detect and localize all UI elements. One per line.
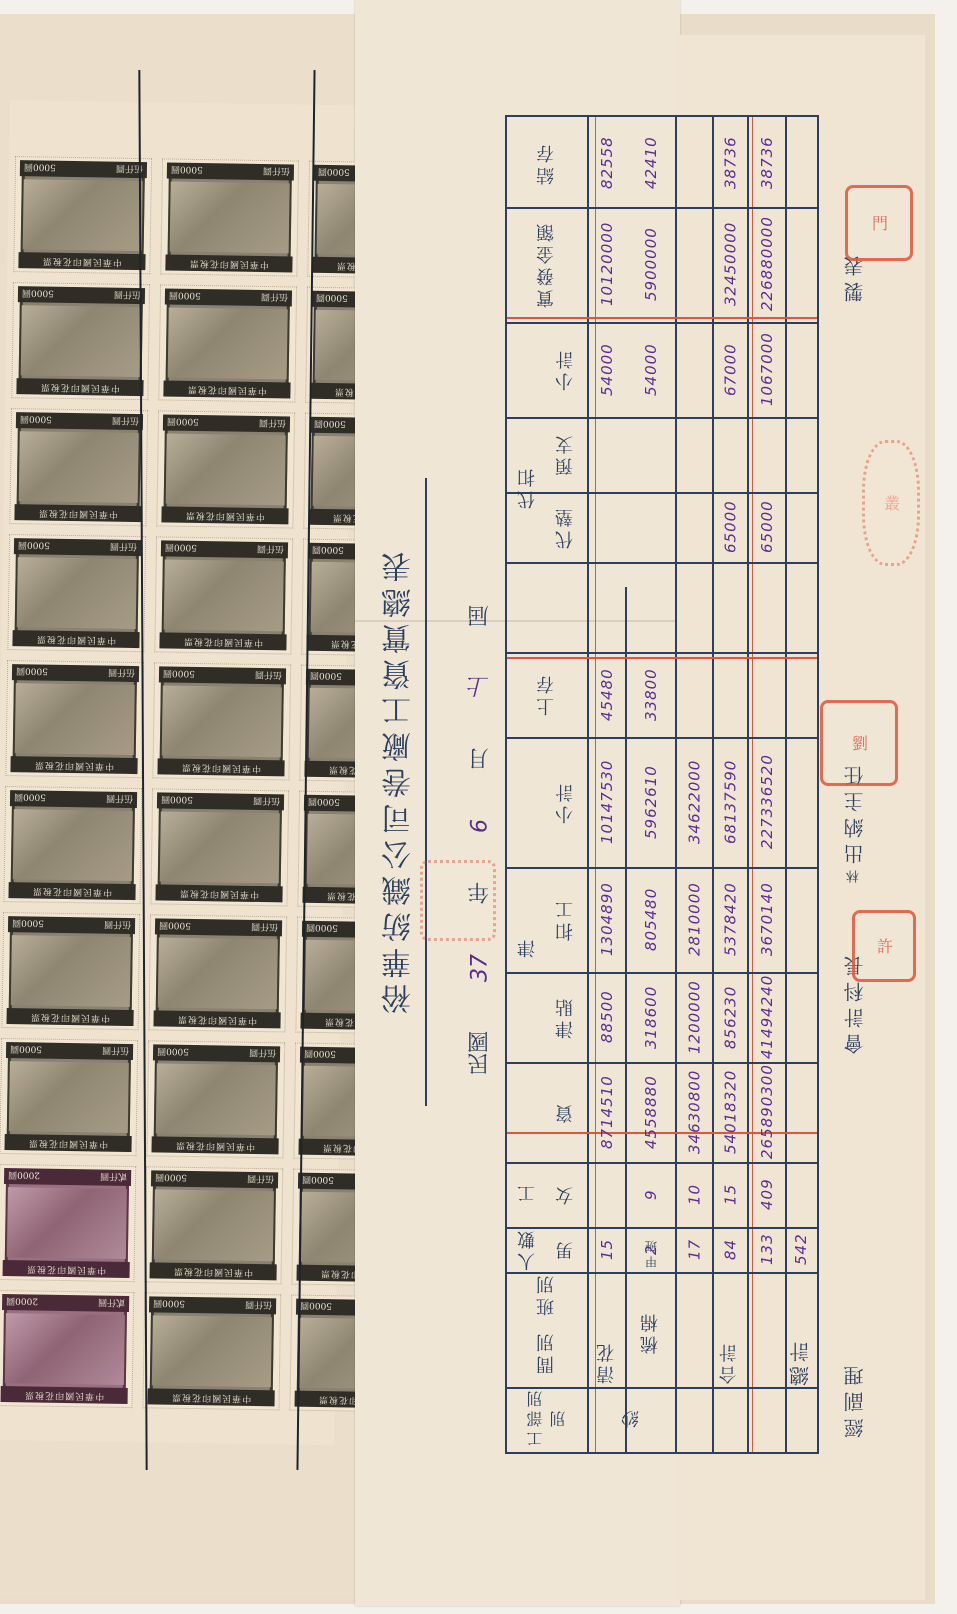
- date-era: 民國: [465, 1031, 496, 1075]
- stamp-denomination: 貳仟圓2000圓: [4, 1168, 131, 1186]
- cell-balance: 38736: [749, 119, 785, 207]
- cell-male: 2: [627, 1227, 675, 1272]
- red-seal-stamp: 門: [845, 185, 913, 261]
- cell-male: 15: [589, 1227, 625, 1272]
- signature-deputy-manager: 經副理: [840, 1360, 869, 1438]
- stamp-machinery-illustration: [15, 683, 135, 755]
- stamp-machinery-illustration: [154, 1189, 274, 1261]
- date-month-unit: 月: [465, 748, 496, 770]
- cell-wage: 54018320: [714, 1062, 747, 1162]
- stamp-value: 5000圓: [314, 418, 346, 431]
- cell-deduct-subtotal: 54000: [589, 322, 625, 417]
- cell-deduct-work: 805480: [627, 867, 675, 972]
- stamp-value: 5000圓: [20, 414, 52, 427]
- cell-subtotal: 34622000: [677, 737, 712, 867]
- stamp-value-cn: 貳仟圓: [98, 1297, 125, 1310]
- revenue-stamp-5000: 伍仟圓5000圓中華民國印花稅票: [156, 410, 295, 528]
- revenue-stamp-5000: 伍仟圓5000圓中華民國印花稅票: [146, 1040, 285, 1158]
- revenue-stamp-block: 伍仟圓5000圓中華民國印花稅票伍仟圓5000圓中華民國印花稅票伍仟圓5000圓…: [0, 100, 355, 1445]
- stamp-value-cn: 伍仟圓: [253, 795, 280, 808]
- cell-actual-paid: 5900000: [627, 209, 675, 319]
- stamp-machinery-illustration: [7, 1187, 127, 1259]
- stamp-value-cn: 伍仟圓: [114, 289, 141, 302]
- stamp-denomination: 伍仟圓5000圓: [16, 412, 143, 430]
- cell-deduct-work: 3670140: [749, 867, 785, 972]
- stamp-value: 5000圓: [165, 542, 197, 555]
- stamp-value: 5000圓: [155, 1172, 187, 1185]
- stamp-machinery-illustration: [162, 685, 282, 757]
- stamp-inscription: 中華民國印花稅票: [5, 1134, 132, 1152]
- stamp-denomination: 貳仟圓2000圓: [2, 1294, 129, 1312]
- cell-deduct-subtotal: 67000: [714, 322, 747, 417]
- revenue-stamp-5000: 伍仟圓5000圓中華民國印花稅票: [150, 788, 289, 906]
- stamp-inscription: 中華民國印花稅票: [18, 252, 145, 270]
- stamp-value: 5000圓: [24, 162, 56, 175]
- stamp-machinery-illustration: [9, 1061, 129, 1133]
- stamp-value: 2000圓: [8, 1170, 40, 1183]
- stamp-value: 5000圓: [10, 1044, 42, 1057]
- header-male: 男: [547, 1227, 585, 1272]
- stamp-value: 5000圓: [157, 1046, 189, 1059]
- stamp-value: 5000圓: [308, 796, 340, 809]
- stamp-value-cn: 伍仟圓: [102, 1045, 129, 1058]
- revenue-stamp-5000: 伍仟圓5000圓中華民國印花稅票: [5, 660, 144, 778]
- revenue-stamp-5000: 伍仟圓5000圓中華民國印花稅票: [142, 1292, 281, 1410]
- date-period-unit: 屆: [465, 605, 496, 627]
- stamp-denomination: 伍仟圓5000圓: [20, 160, 147, 178]
- stamp-value: 5000圓: [310, 670, 342, 683]
- cell-balance: 38736: [714, 119, 747, 207]
- stamp-value-cn: 伍仟圓: [263, 165, 290, 178]
- stamp-machinery-illustration: [21, 305, 141, 377]
- stamp-inscription: 中華民國印花稅票: [14, 504, 141, 522]
- stamp-value-cn: 伍仟圓: [257, 543, 284, 556]
- stamp-value: 5000圓: [304, 1048, 336, 1061]
- stamp-value-cn: 伍仟圓: [249, 1047, 276, 1060]
- stamp-value: 5000圓: [159, 920, 191, 933]
- row-label-total: 總計: [785, 1277, 815, 1447]
- cell-allowance: 41494240: [749, 972, 785, 1062]
- cell-deduct-subtotal: 1067000: [749, 322, 785, 417]
- stamp-denomination: 伍仟圓5000圓: [12, 664, 139, 682]
- cell-subtotal: 227336520: [749, 737, 785, 867]
- stamp-value: 5000圓: [318, 166, 350, 179]
- header-headcount: 人數: [509, 1227, 547, 1272]
- stamp-value: 5000圓: [300, 1300, 332, 1313]
- stamp-inscription: 中華民國印花稅票: [6, 1008, 133, 1026]
- cell-deduct-work: 2810000: [677, 867, 712, 972]
- stamp-machinery-illustration: [170, 182, 290, 254]
- stamp-denomination: 伍仟圓5000圓: [157, 792, 284, 810]
- revenue-stamp-5000: 伍仟圓5000圓中華民國印花稅票: [7, 534, 146, 652]
- stamp-denomination: 伍仟圓5000圓: [149, 1296, 276, 1314]
- stamp-value: 5000圓: [18, 540, 50, 553]
- red-seal-stamp: 劉: [820, 700, 898, 786]
- page-title: 裕華紡織公司巻廠工資實總表: [375, 480, 425, 1080]
- stamp-denomination: 伍仟圓5000圓: [155, 918, 282, 936]
- cell-balance: 42410: [627, 119, 675, 207]
- stamp-value-cn: 伍仟圓: [108, 667, 135, 680]
- header-advance-withhold: 代墊: [547, 492, 585, 562]
- cell-deduct-work: 5378420: [714, 867, 747, 972]
- stamp-machinery-illustration: [156, 1063, 276, 1135]
- grid-line: [507, 562, 817, 564]
- cell-wage: 265890300: [749, 1062, 785, 1162]
- cell-deduct-subtotal: 54000: [627, 322, 675, 417]
- cell-deduct-work: 1304890: [589, 867, 625, 972]
- cell-balance: 82558: [589, 119, 625, 207]
- cell-subtotal: 5962610: [627, 737, 675, 867]
- cell-female: 15: [714, 1162, 747, 1227]
- cell-actual-paid: 32450000: [714, 209, 747, 319]
- stamp-denomination: 伍仟圓5000圓: [10, 790, 137, 808]
- header-prepaid: 預支: [547, 417, 585, 492]
- cell-carry-in: 45480: [589, 652, 625, 737]
- date-year: 37: [468, 954, 493, 982]
- cell-headcount-total: 542: [787, 1227, 815, 1272]
- stamp-inscription: 中華民國印花稅票: [161, 506, 288, 524]
- report-date: 民國 37 年 6 月 上 屆: [455, 580, 505, 1100]
- stamp-denomination: 伍仟圓5000圓: [18, 286, 145, 304]
- stamp-machinery-illustration: [19, 431, 139, 503]
- stamp-value: 5000圓: [171, 164, 203, 177]
- header-deduct-subtotal: 小計: [547, 322, 585, 417]
- cell-female: 409: [749, 1162, 785, 1227]
- stamp-value: 5000圓: [12, 918, 44, 931]
- header-allowance: 津貼: [547, 972, 585, 1062]
- row-label-subtotal: 合計: [712, 1277, 747, 1447]
- date-month: 6: [468, 819, 493, 833]
- stamp-value-cn: 伍仟圓: [106, 793, 133, 806]
- stamp-denomination: 伍仟圓5000圓: [165, 288, 292, 306]
- stamp-inscription: 中華民國印花稅票: [148, 1388, 275, 1406]
- stamp-denomination: 伍仟圓5000圓: [161, 540, 288, 558]
- row-label-shumian: 梳棉: [627, 1277, 675, 1387]
- accounting-title: 會計科: [843, 976, 867, 1054]
- stamp-value: 5000圓: [306, 922, 338, 935]
- cell-male: 84: [714, 1227, 747, 1272]
- cell-wage: 34630800: [677, 1062, 712, 1162]
- stamp-value: 5000圓: [163, 668, 195, 681]
- stamp-machinery-illustration: [160, 811, 280, 883]
- cell-female: 10: [677, 1162, 712, 1227]
- stamp-denomination: 伍仟圓5000圓: [153, 1044, 280, 1062]
- stamp-value: 5000圓: [14, 792, 46, 805]
- header-allowance-group: 津: [509, 737, 547, 1157]
- cell-female: 9: [627, 1162, 675, 1227]
- header-wage-group: 工: [509, 1157, 547, 1227]
- red-seal-stamp: [420, 860, 496, 941]
- stamp-value: 2000圓: [6, 1296, 38, 1309]
- stamp-inscription: 中華民國印花稅票: [8, 882, 135, 900]
- stamp-machinery-illustration: [5, 1313, 125, 1385]
- cell-wage: 4558880: [627, 1062, 675, 1162]
- stamp-inscription: 中華民國印花稅票: [10, 756, 137, 774]
- stamp-inscription: 中華民國印花稅票: [12, 630, 139, 648]
- stamp-value-cn: 伍仟圓: [110, 541, 137, 554]
- cell-carry-in: 33800: [627, 652, 675, 737]
- stamp-denomination: 伍仟圓5000圓: [14, 538, 141, 556]
- stamp-machinery-illustration: [164, 559, 284, 631]
- stamp-machinery-illustration: [158, 937, 278, 1009]
- stamp-value-cn: 貳仟圓: [100, 1171, 127, 1184]
- stamp-inscription: 中華民國印花稅票: [165, 254, 292, 272]
- header-subtotal: 小計: [547, 737, 585, 867]
- red-seal-stamp: 叢: [862, 440, 920, 566]
- cell-allowance: 1200000: [677, 972, 712, 1062]
- cell-male: 17: [677, 1227, 712, 1272]
- stamp-denomination: 伍仟圓5000圓: [167, 162, 294, 180]
- revenue-stamp-5000: 伍仟圓5000圓中華民國印花稅票: [0, 1038, 138, 1156]
- stamp-denomination: 伍仟圓5000圓: [6, 1042, 133, 1060]
- revenue-stamp-5000: 伍仟圓5000圓中華民國印花稅票: [148, 914, 287, 1032]
- stamp-machinery-illustration: [13, 809, 133, 881]
- revenue-stamp-5000: 伍仟圓5000圓中華民國印花稅票: [154, 536, 293, 654]
- cell-advance-withhold: 65000: [749, 492, 785, 562]
- cell-male: 133: [749, 1227, 785, 1272]
- stamp-machinery-illustration: [23, 179, 143, 251]
- stamp-value-cn: 伍仟圓: [247, 1173, 274, 1186]
- cell-wage: 8714510: [589, 1062, 625, 1162]
- revenue-stamp-2000: 貳仟圓2000圓中華民國印花稅票: [0, 1164, 136, 1282]
- stamp-denomination: 伍仟圓5000圓: [163, 414, 290, 432]
- stamp-value: 5000圓: [161, 794, 193, 807]
- cell-allowance: 856230: [714, 972, 747, 1062]
- stamp-value: 5000圓: [22, 288, 54, 301]
- stamp-denomination: 伍仟圓5000圓: [151, 1170, 278, 1188]
- stamp-inscription: 中華民國印花稅票: [155, 884, 282, 902]
- header-carry-in: 上存: [509, 652, 585, 737]
- stamp-inscription: 中華民國印花稅票: [159, 632, 286, 650]
- stamp-value: 5000圓: [167, 416, 199, 429]
- stamp-value: 5000圓: [153, 1298, 185, 1311]
- stamp-value: 5000圓: [16, 666, 48, 679]
- header-room: 間別: [509, 1317, 585, 1387]
- revenue-stamp-5000: 伍仟圓5000圓中華民國印花稅票: [11, 282, 150, 400]
- revenue-stamp-5000: 伍仟圓5000圓中華民國印花稅票: [3, 786, 142, 904]
- header-balance: 結存: [509, 119, 585, 207]
- stamp-machinery-illustration: [168, 308, 288, 380]
- stamp-denomination: 伍仟圓5000圓: [159, 666, 286, 684]
- revenue-stamp-5000: 伍仟圓5000圓中華民國印花稅票: [152, 662, 291, 780]
- red-seal-stamp: 許: [852, 910, 916, 982]
- stamp-value: 5000圓: [169, 290, 201, 303]
- stamp-inscription: 中華民國印花稅票: [1, 1386, 128, 1404]
- date-period: 上: [465, 676, 496, 698]
- stamp-value: 5000圓: [312, 544, 344, 557]
- revenue-stamp-5000: 伍仟圓5000圓中華民國印花稅票: [160, 158, 299, 276]
- stamp-value-cn: 伍仟圓: [259, 417, 286, 430]
- stamp-inscription: 中華民國印花稅票: [3, 1260, 130, 1278]
- stamp-machinery-illustration: [11, 935, 131, 1007]
- header-deduct-group: 代扣: [509, 322, 547, 652]
- stamp-inscription: 中華民國印花稅票: [153, 1010, 280, 1028]
- stamp-machinery-illustration: [152, 1315, 272, 1387]
- stamp-machinery-illustration: [17, 557, 137, 629]
- cell-subtotal: 68137590: [714, 737, 747, 867]
- stamp-inscription: 中華民國印花稅票: [151, 1136, 278, 1154]
- stamp-value-cn: 伍仟圓: [261, 291, 288, 304]
- stamp-value: 5000圓: [316, 292, 348, 305]
- dept-label-sha: 紗: [589, 1387, 675, 1447]
- stamp-inscription: 中華民國印花稅票: [163, 380, 290, 398]
- stamp-denomination: 伍仟圓5000圓: [8, 916, 135, 934]
- header-actual-paid: 實發金額: [509, 209, 585, 319]
- cell-allowance: 318600: [627, 972, 675, 1062]
- cell-advance-withhold: 65000: [714, 492, 747, 562]
- revenue-stamp-5000: 伍仟圓5000圓中華民國印花稅票: [13, 156, 152, 274]
- cell-allowance: 88500: [589, 972, 625, 1062]
- cell-subtotal: 10147530: [589, 737, 625, 867]
- revenue-stamp-5000: 伍仟圓5000圓中華民國印花稅票: [144, 1166, 283, 1284]
- stamp-value-cn: 伍仟圓: [245, 1299, 272, 1312]
- revenue-stamp-2000: 貳仟圓2000圓中華民國印花稅票: [0, 1290, 134, 1408]
- cell-actual-paid: 226880000: [749, 209, 785, 319]
- cell-actual-paid: 10120000: [589, 209, 625, 319]
- stamp-machinery-illustration: [166, 434, 286, 506]
- title-underline: [425, 478, 427, 1106]
- header-dept: 工部別別: [509, 1387, 585, 1447]
- stamp-value-cn: 伍仟圓: [112, 415, 139, 428]
- header-deduct-work: 扣工: [547, 867, 585, 972]
- stamp-inscription: 中華民國印花稅票: [16, 378, 143, 396]
- revenue-stamp-5000: 伍仟圓5000圓中華民國印花稅票: [9, 408, 148, 526]
- revenue-stamp-5000: 伍仟圓5000圓中華民國印花稅票: [158, 284, 297, 402]
- cashier-mark: 林: [847, 864, 862, 883]
- header-wage: 資: [547, 1062, 585, 1162]
- wage-table: 結存 實發金額 代扣 小計 預支 代墊 上存 津 小計 扣工 津貼 資 工 女 …: [505, 115, 819, 1454]
- stamp-inscription: 中華民國印花稅票: [150, 1262, 277, 1280]
- header-shift: 班別: [509, 1272, 585, 1317]
- revenue-stamp-5000: 伍仟圓5000圓中華民國印花稅票: [1, 912, 140, 1030]
- header-female: 女: [547, 1162, 585, 1227]
- stamp-value-cn: 伍仟圓: [255, 669, 282, 682]
- stamp-value-cn: 伍仟圓: [104, 919, 131, 932]
- stamp-inscription: 中華民國印花稅票: [157, 758, 284, 776]
- stamp-value-cn: 伍仟圓: [251, 921, 278, 934]
- stamp-value: 5000圓: [302, 1174, 334, 1187]
